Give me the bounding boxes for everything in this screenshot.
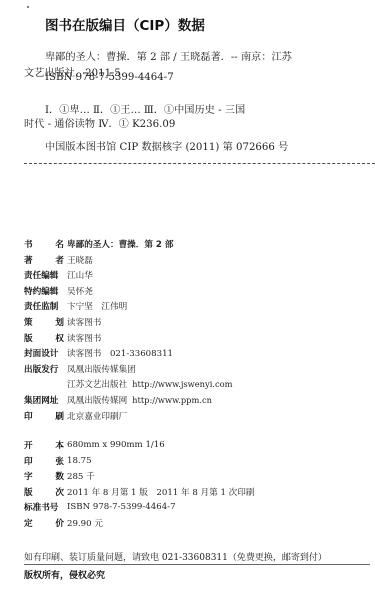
colophon-value: 吴怀尧 [67, 285, 93, 297]
quality-notice: 如有印刷、装订质量问题，请致电 021-33608311（免费更换，邮寄到付） [24, 550, 327, 563]
label-part: 定 [24, 517, 33, 529]
spec-value: 18.75 [67, 456, 92, 466]
colophon-row: 书名卑鄙的圣人：曹操．第 2 部 [24, 237, 174, 251]
scan-speck [27, 6, 29, 8]
label-part: 标准书号 [24, 501, 58, 513]
spec-value: 285 千 [67, 470, 95, 482]
label-part: 次 [55, 486, 64, 498]
colophon-label: 特约编辑 [24, 285, 64, 297]
colophon-value: 北京嘉业印刷厂 [67, 410, 127, 422]
cip-title: 图书在版编目（CIP）数据 [45, 14, 205, 34]
colophon-label: 策划 [24, 316, 64, 328]
colophon-label: 著者 [24, 254, 64, 266]
colophon-value: 凤凰出版传媒网 [67, 394, 127, 406]
colophon-row: 责任编辑江山华 [24, 268, 93, 282]
label-part: 划 [55, 316, 64, 328]
rights-notice: 版权所有，侵权必究 [24, 568, 105, 581]
label-part: 版 [24, 486, 33, 498]
label-part: 策 [24, 316, 33, 328]
spec-row: 定价29.90 元 [24, 516, 103, 530]
colophon-label: 印刷 [24, 410, 64, 422]
spec-row: 字数285 千 [24, 469, 95, 483]
spec-row: 印张18.75 [24, 454, 92, 468]
colophon-value: 卑鄙的圣人：曹操．第 2 部 [67, 238, 174, 250]
colophon-label: 书名 [24, 238, 64, 250]
colophon-value: 江苏文艺出版社 [67, 378, 127, 390]
cip-verification: 中国版本图书馆 CIP 数据核字 (2011) 第 072666 号 [45, 138, 288, 153]
label-part: 刷 [55, 410, 64, 422]
colophon-value: 读客图书 [67, 316, 101, 328]
spec-value: 680mm x 990mm 1/16 [67, 440, 165, 450]
label-part: 张 [55, 455, 64, 467]
colophon-value: 江山华 [67, 269, 93, 281]
spec-row: 版次2011 年 8 月第 1 版 2011 年 8 月第 1 次印刷 [24, 485, 254, 499]
colophon-row: 封面设计读客图书 021-33608311 [24, 346, 173, 360]
spec-value: 2011 年 8 月第 1 版 2011 年 8 月第 1 次印刷 [67, 486, 254, 498]
label-part: 版 [24, 332, 33, 344]
spec-value: ISBN 978-7-5399-4464-7 [67, 502, 176, 512]
spec-label: 定价 [24, 517, 64, 529]
spec-value: 29.90 元 [67, 517, 103, 529]
label-part: 印 [24, 455, 33, 467]
cip-line-1: 卑鄙的圣人：曹操．第 2 部 / 王晓磊著．-- 南京：江苏 [45, 48, 292, 63]
label-part: 名 [55, 238, 64, 250]
spec-label: 印张 [24, 455, 64, 467]
website-url: http://www.ppm.cn [132, 395, 212, 405]
colophon-label: 版权 [24, 332, 64, 344]
colophon-value: 王晓磊 [67, 254, 93, 266]
colophon-row: 版权读客图书 [24, 331, 101, 345]
spec-label: 字数 [24, 470, 64, 482]
colophon-value: 凤凰出版传媒集团 [67, 363, 136, 375]
label-part: 特约编辑 [24, 285, 58, 297]
spec-label: 开本 [24, 439, 64, 451]
colophon-row: 著者王晓磊 [24, 253, 93, 267]
spec-label: 版次 [24, 486, 64, 498]
spec-label: 标准书号 [24, 501, 64, 513]
label-part: 字 [24, 470, 33, 482]
colophon-row: 策划读客图书 [24, 315, 101, 329]
colophon-row: 集团网址凤凰出版传媒网http://www.ppm.cn [24, 393, 212, 407]
spec-row: 开本680mm x 990mm 1/16 [24, 438, 165, 452]
colophon-row: 印刷北京嘉业印刷厂 [24, 409, 127, 423]
colophon-label: 责任监制 [24, 300, 64, 312]
colophon-label: 出版发行 [24, 363, 64, 375]
cip-isbn: ISBN 978-7-5399-4464-7 [45, 72, 174, 83]
colophon-row: 江苏文艺出版社http://www.jswenyi.com [24, 377, 233, 391]
label-part: 者 [55, 254, 64, 266]
colophon-value: 读客图书 [67, 332, 101, 344]
label-part: 著 [24, 254, 33, 266]
colophon-row: 责任监制卞宁坚 江伟明 [24, 299, 127, 313]
label-part: 权 [55, 332, 64, 344]
colophon-row: 特约编辑吴怀尧 [24, 284, 93, 298]
label-part: 责任编辑 [24, 269, 58, 281]
cip-classification-2: 时代 - 通俗读物 Ⅳ．① K236.09 [24, 115, 175, 130]
colophon-label: 封面设计 [24, 347, 64, 359]
cip-classification-1: Ⅰ．①卑… Ⅱ．①王… Ⅲ．①中国历史 - 三国 [45, 101, 245, 116]
colophon-value: 读客图书 021-33608311 [67, 347, 173, 359]
colophon-label: 集团网址 [24, 394, 64, 406]
spec-row: 标准书号ISBN 978-7-5399-4464-7 [24, 500, 176, 514]
separator-rule [24, 564, 370, 565]
label-part: 出版发行 [24, 363, 58, 375]
label-part: 开 [24, 439, 33, 451]
label-part: 价 [55, 517, 64, 529]
colophon-row: 出版发行凤凰出版传媒集团 [24, 362, 136, 376]
separator-dashed [24, 163, 375, 164]
label-part: 集团网址 [24, 394, 58, 406]
colophon-value: 卞宁坚 江伟明 [67, 300, 127, 312]
label-part: 数 [55, 470, 64, 482]
label-part: 印 [24, 410, 33, 422]
label-part: 书 [24, 238, 33, 250]
label-part: 本 [55, 439, 64, 451]
label-part: 责任监制 [24, 300, 58, 312]
colophon-label: 责任编辑 [24, 269, 64, 281]
label-part: 封面设计 [24, 347, 58, 359]
website-url: http://www.jswenyi.com [132, 379, 232, 389]
